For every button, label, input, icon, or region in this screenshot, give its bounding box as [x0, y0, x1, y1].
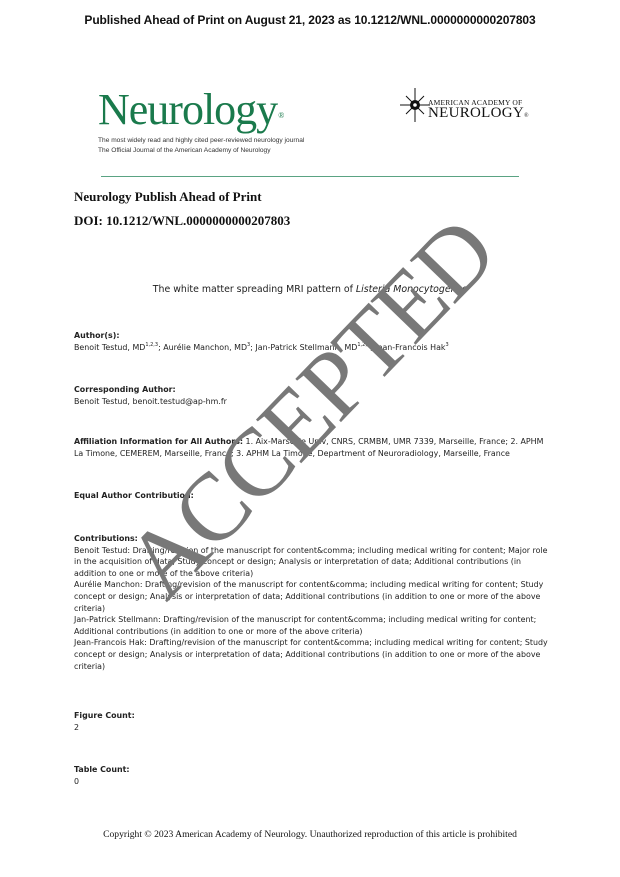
authors-label: Author(s):	[74, 330, 552, 342]
contributions-label: Contributions:	[74, 533, 552, 545]
contribution-item: Aurélie Manchon: Drafting/revision of th…	[74, 579, 552, 614]
header-divider	[101, 176, 519, 177]
author-affiliation-marker: 3	[446, 342, 449, 348]
journal-wordmark: Neurology®	[98, 88, 304, 132]
authors-section: Author(s): Benoit Testud, MD1,2,3; Aurél…	[74, 330, 552, 353]
contribution-item: Benoit Testud: Drafting/revision of the …	[74, 545, 552, 580]
affiliations-label: Affiliation Information for All Authors:	[74, 437, 243, 446]
figure-count-section: Figure Count: 2	[74, 710, 552, 733]
figure-count-label: Figure Count:	[74, 710, 552, 722]
equal-contribution-section: Equal Author Contribution:	[74, 490, 552, 502]
author-name: Benoit Testud, MD	[74, 343, 145, 352]
table-count-value: 0	[74, 776, 552, 788]
author-affiliation-marker: 1,2,3	[145, 342, 158, 348]
equal-contribution-label: Equal Author Contribution:	[74, 490, 552, 502]
corresponding-author-value: Benoit Testud, benoit.testud@ap-hm.fr	[74, 396, 552, 408]
table-count-section: Table Count: 0	[74, 764, 552, 787]
aan-name-line-2: NEUROLOGY®	[428, 105, 529, 122]
neurology-journal-logo: Neurology® The most widely read and high…	[98, 88, 304, 156]
corresponding-author-section: Corresponding Author: Benoit Testud, ben…	[74, 384, 552, 407]
publication-banner: Published Ahead of Print on August 21, 2…	[0, 13, 620, 27]
affiliations-section: Affiliation Information for All Authors:…	[74, 436, 552, 459]
author-name: Aurélie Manchon, MD	[163, 343, 247, 352]
article-title-italic: Listeria Monocytogenes	[356, 284, 467, 295]
author-name: Jean-Francois Hak	[375, 343, 445, 352]
doi-heading: DOI: 10.1212/WNL.0000000000207803	[74, 213, 290, 229]
aan-logo: AMERICAN ACADEMY OF NEUROLOGY®	[400, 88, 540, 133]
journal-tagline-2: The Official Journal of the American Aca…	[98, 146, 304, 156]
corresponding-author-label: Corresponding Author:	[74, 384, 552, 396]
table-count-label: Table Count:	[74, 764, 552, 776]
contribution-item: Jan-Patrick Stellmann: Drafting/revision…	[74, 614, 552, 637]
contributions-section: Contributions: Benoit Testud: Drafting/r…	[74, 533, 552, 672]
publish-ahead-heading: Neurology Publish Ahead of Print	[74, 189, 262, 205]
contribution-item: Jean-Francois Hak: Drafting/revision of …	[74, 637, 552, 672]
figure-count-value: 2	[74, 722, 552, 734]
journal-tagline-1: The most widely read and highly cited pe…	[98, 136, 304, 146]
article-title: The white matter spreading MRI pattern o…	[0, 284, 620, 295]
star-burst-icon	[400, 88, 430, 122]
author-name: Jan-Patrick Stellmann, MD	[255, 343, 357, 352]
authors-list: Benoit Testud, MD1,2,3; Aurélie Manchon,…	[74, 342, 552, 354]
author-affiliation-marker: 1,2,3	[357, 342, 370, 348]
author-affiliation-marker: 3	[247, 342, 250, 348]
copyright-footer: Copyright © 2023 American Academy of Neu…	[0, 829, 620, 840]
